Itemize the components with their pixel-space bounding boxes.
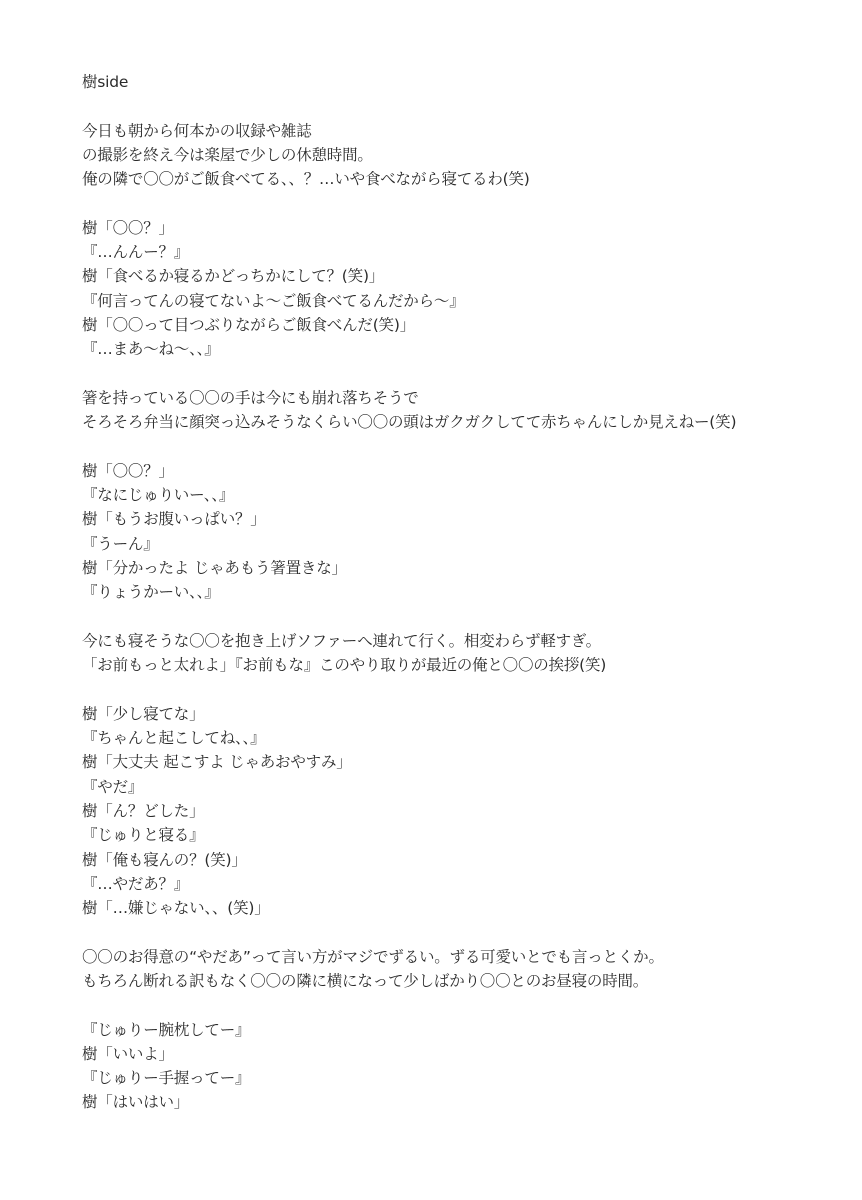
dialogue-line: 樹「俺も寝んの？(笑)」 (82, 848, 842, 872)
dialogue-line: 樹「〇〇って目つぶりながらご飯食べんだ(笑)」 (82, 313, 842, 337)
dialogue-line: 『ちゃんと起こしてね、、』 (82, 726, 842, 750)
dialogue-line: 『じゅりと寝る』 (82, 823, 842, 847)
dialogue-line: 『やだ』 (82, 775, 842, 799)
dialogue-line: 『りょうかーい、、』 (82, 580, 842, 604)
blank-line (82, 993, 842, 1017)
text-line: の撮影を終え今は楽屋で少しの休憩時間。 (82, 143, 842, 167)
dialogue-line: 樹「大丈夫 起こすよ じゃあおやすみ」 (82, 750, 842, 774)
text-line: 〇〇のお得意の“やだあ”って言い方がマジでずるい。ずる可愛いとでも言っとくか。 (82, 945, 842, 969)
dialogue-line: 『…まあ～ね～、、』 (82, 337, 842, 361)
dialogue-line: 樹「いいよ」 (82, 1042, 842, 1066)
dialogue-block-2: 樹「〇〇？」 『なにじゅりいー、、』 樹「もうお腹いっぱい？」 『うーん』 樹「… (82, 459, 842, 605)
blank-line (82, 677, 842, 701)
dialogue-line: 樹「〇〇？」 (82, 459, 842, 483)
narration-block-1: 今日も朝から何本かの収録や雑誌 の撮影を終え今は楽屋で少しの休憩時間。 俺の隣で… (82, 119, 842, 192)
text-line: 箸を持っている〇〇の手は今にも崩れ落ちそうで (82, 386, 842, 410)
dialogue-line: 『…んんー？』 (82, 240, 842, 264)
dialogue-line: 樹「ん？どした」 (82, 799, 842, 823)
document-page: 樹side 今日も朝から何本かの収録や雑誌 の撮影を終え今は楽屋で少しの休憩時間… (82, 70, 842, 1115)
narration-block-3: 今にも寝そうな〇〇を抱き上げソファーへ連れて行く。相変わらず軽すぎ。 「お前もっ… (82, 629, 842, 678)
document-title: 樹side (82, 70, 842, 94)
dialogue-line: 『うーん』 (82, 532, 842, 556)
dialogue-line: 樹「分かったよ じゃあもう箸置きな」 (82, 556, 842, 580)
dialogue-line: 『なにじゅりいー、、』 (82, 483, 842, 507)
dialogue-line: 樹「もうお腹いっぱい？」 (82, 507, 842, 531)
dialogue-line: 『じゅりー手握ってー』 (82, 1066, 842, 1090)
text-line: 俺の隣で〇〇がご飯食べてる、、？…いや食べながら寝てるわ(笑) (82, 167, 842, 191)
dialogue-line: 樹「〇〇？」 (82, 216, 842, 240)
blank-line (82, 434, 842, 458)
dialogue-line: 『…やだあ？』 (82, 872, 842, 896)
dialogue-block-4: 『じゅりー腕枕してー』 樹「いいよ」 『じゅりー手握ってー』 樹「はいはい」 (82, 1018, 842, 1115)
blank-line (82, 605, 842, 629)
dialogue-line: 樹「食べるか寝るかどっちかにして？(笑)」 (82, 264, 842, 288)
narration-block-4: 〇〇のお得意の“やだあ”って言い方がマジでずるい。ずる可愛いとでも言っとくか。 … (82, 945, 842, 994)
dialogue-block-3: 樹「少し寝てな」 『ちゃんと起こしてね、、』 樹「大丈夫 起こすよ じゃあおやす… (82, 702, 842, 921)
text-line: もちろん断れる訳もなく〇〇の隣に横になって少しばかり〇〇とのお昼寝の時間。 (82, 969, 842, 993)
blank-line (82, 94, 842, 118)
blank-line (82, 362, 842, 386)
text-line: そろそろ弁当に顔突っ込みそうなくらい〇〇の頭はガクガクしてて赤ちゃんにしか見えね… (82, 410, 842, 434)
dialogue-line: 樹「はいはい」 (82, 1090, 842, 1114)
dialogue-line: 『何言ってんの寝てないよ～ご飯食べてるんだから～』 (82, 289, 842, 313)
text-line: 今日も朝から何本かの収録や雑誌 (82, 119, 842, 143)
blank-line (82, 920, 842, 944)
dialogue-line: 樹「…嫌じゃない、、(笑)」 (82, 896, 842, 920)
dialogue-block-1: 樹「〇〇？」 『…んんー？』 樹「食べるか寝るかどっちかにして？(笑)」 『何言… (82, 216, 842, 362)
dialogue-line: 『じゅりー腕枕してー』 (82, 1018, 842, 1042)
blank-line (82, 191, 842, 215)
text-line: 「お前もっと太れよ」『お前もな』このやり取りが最近の俺と〇〇の挨拶(笑) (82, 653, 842, 677)
narration-block-2: 箸を持っている〇〇の手は今にも崩れ落ちそうで そろそろ弁当に顔突っ込みそうなくら… (82, 386, 842, 435)
text-line: 今にも寝そうな〇〇を抱き上げソファーへ連れて行く。相変わらず軽すぎ。 (82, 629, 842, 653)
dialogue-line: 樹「少し寝てな」 (82, 702, 842, 726)
